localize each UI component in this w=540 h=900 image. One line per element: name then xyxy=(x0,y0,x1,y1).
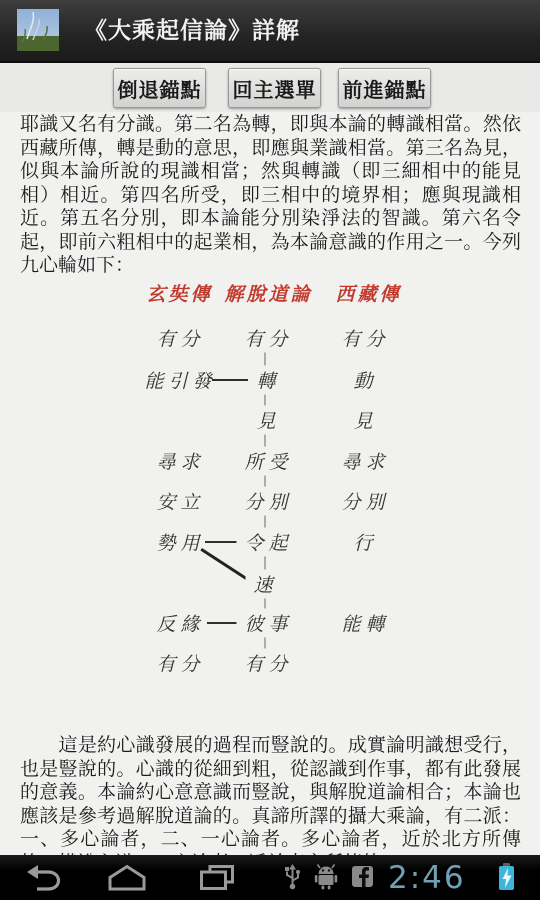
document-content[interactable]: 耶識又名有分識。第二名為轉，即與本論的轉識相當。然依西藏所傳，轉是動的意思，即應… xyxy=(0,112,540,855)
diagram-cell: 分別 xyxy=(336,488,389,515)
android-debug-icon xyxy=(314,864,338,895)
diagram-cell: 尋求 xyxy=(151,448,204,475)
diagram-cell: 有分 xyxy=(236,649,295,678)
diagram-cell: 反緣 xyxy=(151,610,204,637)
status-clock: 2:46 xyxy=(388,860,466,896)
battery-charging-icon xyxy=(498,863,515,892)
back-icon xyxy=(26,863,64,892)
main-menu-button[interactable]: 回主選單 xyxy=(228,68,321,108)
diagram-cell: 尋求 xyxy=(336,448,389,475)
diagram-cell: 彼事 xyxy=(236,609,295,638)
title-bar: 《大乘起信論》詳解 xyxy=(0,0,540,63)
diagram-cell: 有分 xyxy=(151,325,204,352)
body-paragraph-1: 耶識又名有分識。第二名為轉，即與本論的轉識相當。然依西藏所傳，轉是動的意思，即應… xyxy=(20,113,521,278)
app-screen: 《大乘起信論》詳解 倒退錨點 回主選單 前進錨點 耶識又名有分識。第二名為轉，即… xyxy=(0,0,540,900)
diagram-cell: 有分 xyxy=(151,650,204,677)
diagram-header-tibetan: 西藏傳 xyxy=(332,280,401,307)
diagram-header-vimuttimagga: 解脫道論 xyxy=(221,280,312,307)
diagram-cell: 轉 xyxy=(248,366,283,395)
body-paragraph-2: 這是約心識發展的過程而豎說的。成實論明識想受行，也是豎說的。心識的從細到粗，從認… xyxy=(20,734,521,855)
back-button[interactable] xyxy=(26,863,64,895)
toolbar: 倒退錨點 回主選單 前進錨點 xyxy=(0,63,540,112)
diagram-cell: 分別 xyxy=(236,487,295,516)
diagram-cell: 有分 xyxy=(236,324,295,353)
diagram-cell: 見 xyxy=(348,407,377,434)
diagram-connector-line xyxy=(212,379,248,381)
diagram-cell: 見 xyxy=(248,406,283,435)
diagram-cell: 所受 xyxy=(236,447,295,476)
diagram-cell: 能引發 xyxy=(139,367,216,394)
nine-mind-wheel-diagram: 玄奘傳 解脫道論 西藏傳 有分 有分 有分 能引發 轉 動 見 見 尋求 所受 … xyxy=(0,272,540,692)
diagram-cell: 行 xyxy=(348,529,377,556)
forward-anchor-button[interactable]: 前進錨點 xyxy=(338,68,431,108)
system-bar: 2:46 xyxy=(0,855,540,900)
usb-icon xyxy=(284,864,301,896)
back-anchor-button[interactable]: 倒退錨點 xyxy=(113,68,206,108)
diagram-cell: 速 xyxy=(245,570,280,599)
recents-icon xyxy=(198,863,236,892)
diagram-cell: 安立 xyxy=(151,488,204,515)
home-icon xyxy=(106,863,148,892)
facebook-icon xyxy=(352,866,373,887)
diagram-header-xuanzang: 玄奘傳 xyxy=(143,280,212,307)
diagram-cell: 令起 xyxy=(236,528,295,557)
diagram-cell: 勢用 xyxy=(151,529,204,556)
diagram-cell: 動 xyxy=(348,367,377,394)
app-icon xyxy=(17,9,59,51)
recents-button[interactable] xyxy=(198,863,236,895)
page-title: 《大乘起信論》詳解 xyxy=(84,0,300,61)
diagram-cell: 能轉 xyxy=(336,610,389,637)
home-button[interactable] xyxy=(106,863,148,895)
diagram-cell: 有分 xyxy=(336,325,389,352)
